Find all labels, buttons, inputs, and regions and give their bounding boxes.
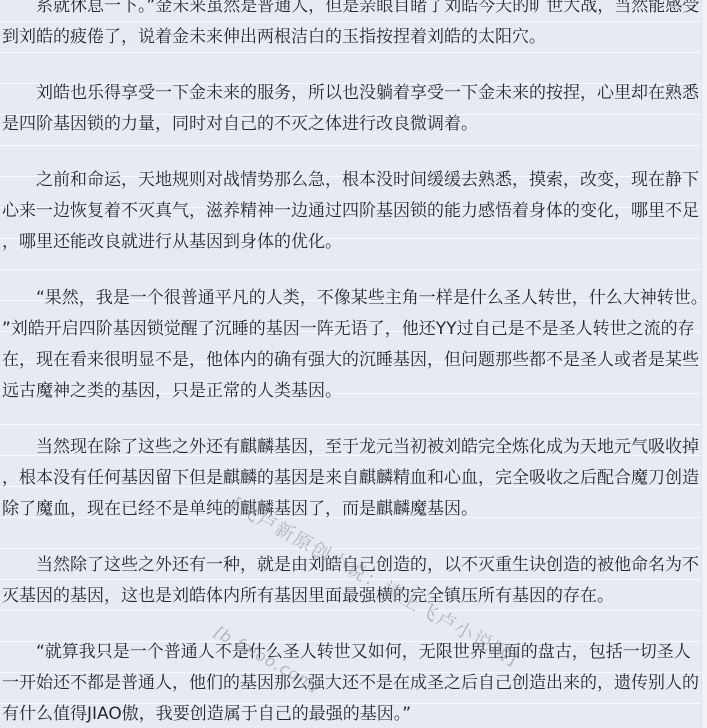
paragraph: 当然除了这些之外还有一种，就是由刘皓自己创造的，以不灭重生诀创造的被他命名为不灭… — [2, 550, 703, 612]
novel-reader-page: 系就休息一下。”金未来虽然是普通人，但是亲眼目睹了刘皓今天的旷世大战，当然能感受… — [0, 0, 707, 728]
paragraph: 之前和命运，天地规则对战情势那么急，根本没时间缓缓去熟悉，摸索，改变，现在静下心… — [2, 165, 703, 258]
novel-text-body: 系就休息一下。”金未来虽然是普通人，但是亲眼目睹了刘皓今天的旷世大战，当然能感受… — [0, 0, 707, 728]
paragraph: 系就休息一下。”金未来虽然是普通人，但是亲眼目睹了刘皓今天的旷世大战，当然能感受… — [2, 0, 703, 53]
paragraph: “就算我只是一个普通人不是什么圣人转世又如何，无限世界里面的盘古，包括一切圣人一… — [2, 637, 703, 728]
paragraph: “果然，我是一个很普通平凡的人类，不像某些主角一样是什么圣人转世，什么大神转世。… — [2, 283, 703, 407]
paragraph: 当然现在除了这些之外还有麒麟基因，至于龙元当初被刘皓完全炼化成为天地元气吸收掉，… — [2, 432, 703, 525]
scrollbar[interactable] — [701, 0, 707, 728]
paragraph: 刘皓也乐得享受一下金未来的服务，所以也没躺着享受一下金未来的按捏，心里却在熟悉是… — [2, 78, 703, 140]
